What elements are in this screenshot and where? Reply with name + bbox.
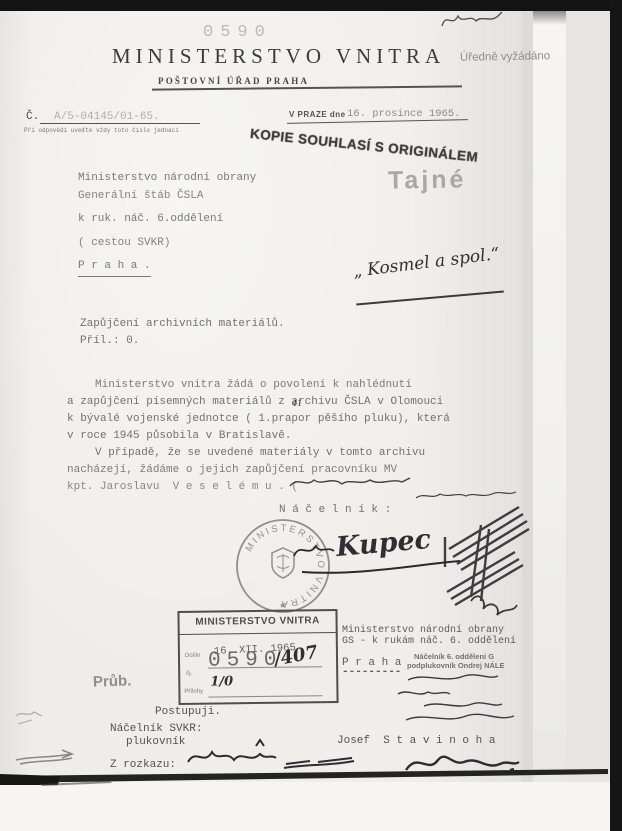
recipient-line: Ministerstvo národní obrany (78, 170, 256, 187)
prub-stamp: Průb. (93, 672, 132, 690)
attachments-label: Přílohy (184, 689, 203, 695)
handwritten-word (471, 596, 517, 615)
insertion-mark: 41 (292, 399, 302, 408)
attachments-line: Příl.: 0. (80, 333, 139, 350)
ref-note: Při odpovědi uveďte vždy toto číslo jedn… (24, 127, 179, 135)
pen-scribble-block (437, 497, 532, 617)
postupuji-line: Postupuji. (155, 704, 221, 721)
recipient-line: Generální štáb ČSLA (78, 188, 203, 205)
body-line: v roce 1945 působila v Bratislavě. (67, 428, 291, 445)
approval-handwriting-block (392, 670, 532, 730)
underlying-page-strip (533, 11, 566, 783)
subject-line: Zapůjčení archivních materiálů. (80, 316, 285, 333)
place-date-label: V PRAZE dne (289, 110, 346, 119)
post-office-subtitle: POŠTOVNÍ ÚŘAD PRAHA (158, 76, 309, 86)
rank-line: plukovník (126, 734, 185, 751)
attachments-handwritten: 1/0 (210, 674, 233, 689)
page-side-edge (522, 11, 610, 783)
recipient-city: P r a h a . (78, 258, 151, 277)
nalepka-stamp-line2: podplukovník Ondrej NÁLE (407, 661, 505, 670)
incoming-stamp-title: MINISTERSTVO VNITRA (180, 615, 336, 628)
body-line: kpt. Jaroslavu V e s e l é m u . ( (67, 479, 298, 496)
scanner-margin (566, 11, 610, 783)
document-number-stamp: 0590 (203, 24, 272, 41)
stavinoha-signature (398, 744, 526, 782)
officially-requested-stamp: Úředně vyžádáno (460, 50, 550, 64)
body-line: a zapůjčení písemných materiálů z archiv… (67, 394, 443, 411)
round-stamp-star: ★ (279, 601, 286, 610)
faint-corner-marks (14, 708, 50, 730)
scan-right-edge (610, 0, 622, 831)
secret-stamp: Tajné (388, 165, 467, 195)
body-line: Ministerstvo vnitra žádá o povolení k na… (95, 377, 412, 394)
pencil-check-mark (12, 746, 82, 770)
z-rozkazu-label: Z rozkazu: (110, 757, 176, 774)
ref-label: Č. (26, 109, 39, 126)
ministry-title: MINISTERSTVO VNITRA (112, 44, 445, 69)
recipient-line: k ruk. náč. 6.oddělení (78, 211, 223, 228)
ref-underline (40, 123, 200, 124)
corner-handwriting (436, 6, 508, 34)
z-rozkazu-scrawl (180, 740, 360, 776)
body-line: k bývalé vojenské jednotce ( 1.prapor pě… (67, 411, 450, 428)
body-line: V případě, že se uvedené materiály v tom… (95, 445, 425, 462)
right-recipient-line: GS - k rukám náč. 6. oddělení (342, 633, 516, 650)
number-label: čj. (186, 671, 192, 677)
stamp-rule (208, 695, 322, 697)
recipient-line: ( cestou SVKR) (78, 235, 170, 252)
incoming-stamp-box: MINISTERSTVO VNITRA Došlo 16. XII. 1965 … (177, 609, 338, 705)
nalepka-stamp-line1: Náčelník 6. oddělení G (414, 652, 494, 661)
incoming-stamp-divider (180, 632, 336, 635)
received-label: Došlo (185, 653, 200, 659)
scanned-document: 0590 MINISTERSTVO VNITRA POŠTOVNÍ ÚŘAD P… (0, 0, 622, 831)
